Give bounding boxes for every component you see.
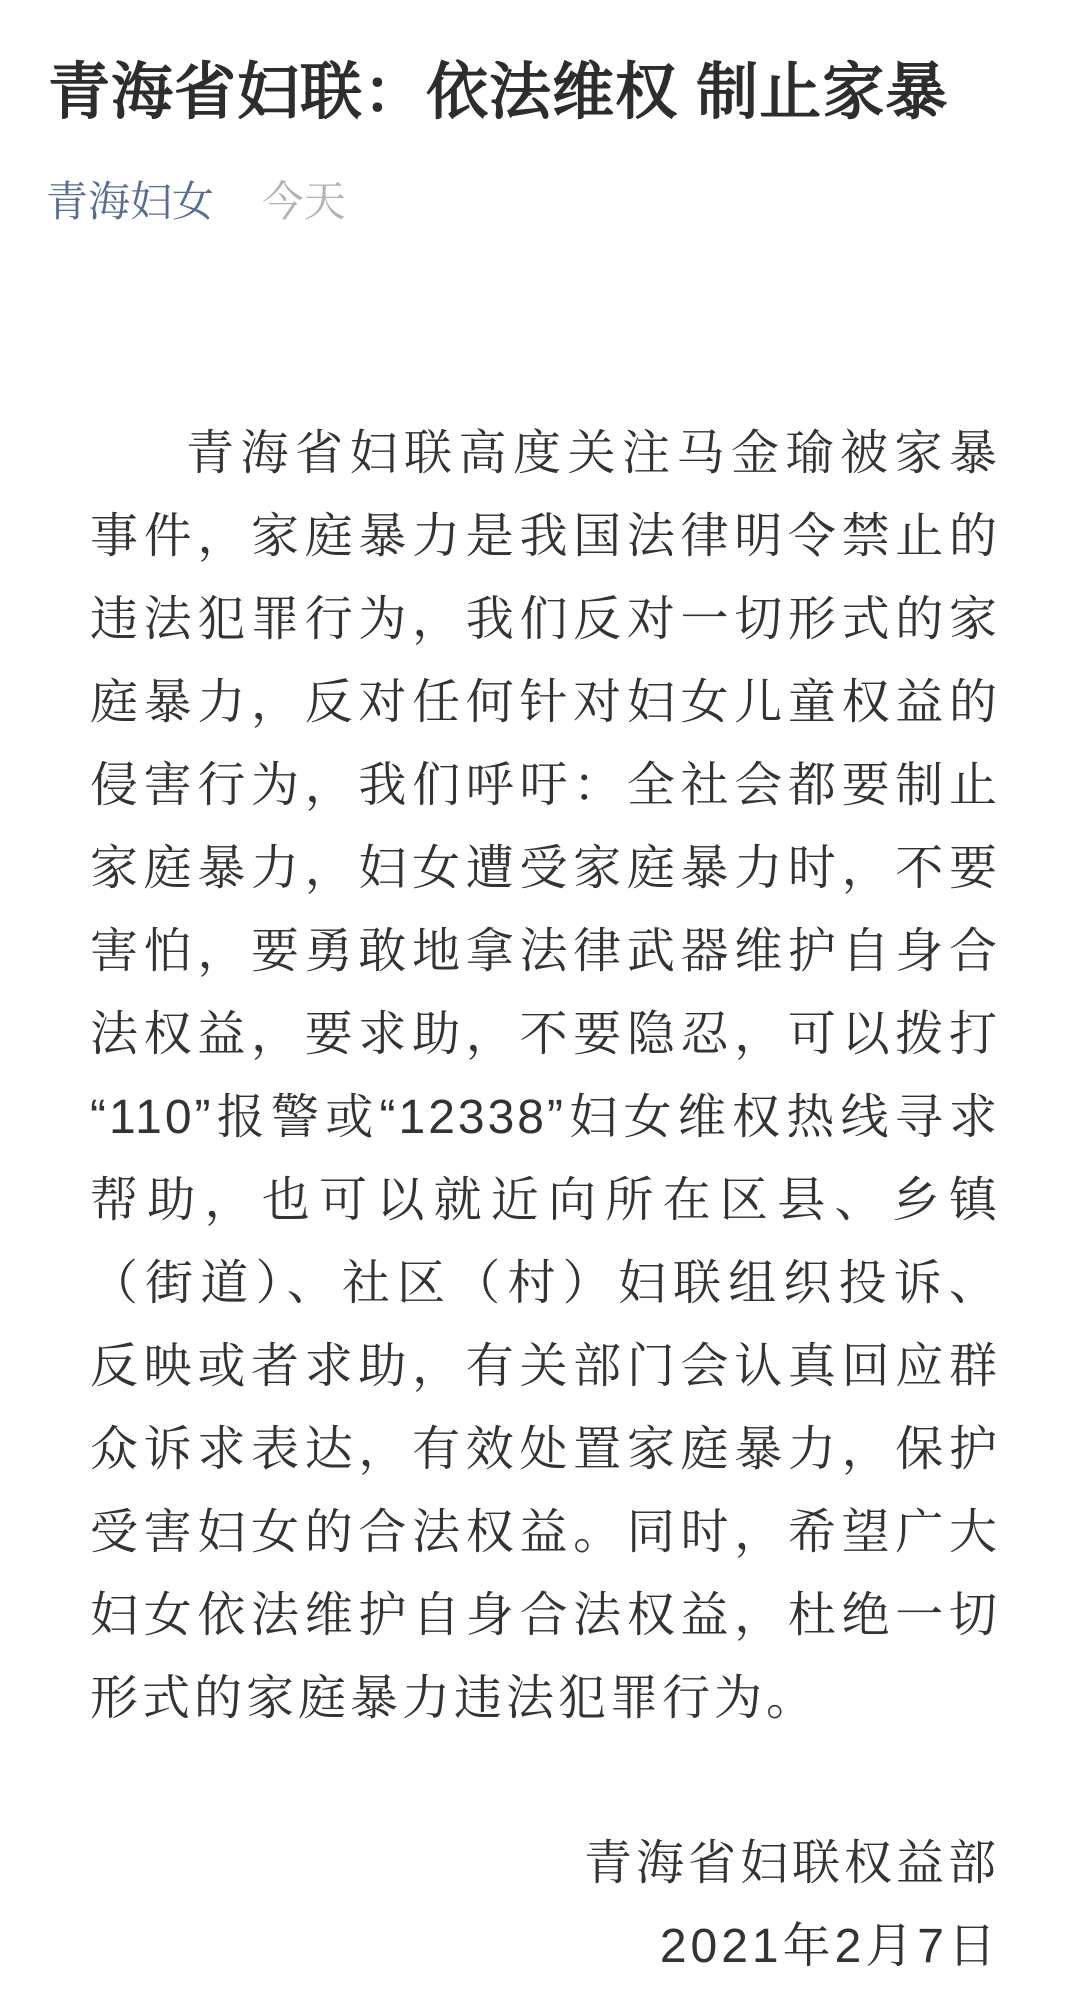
paragraph-line: 妇女依法维护自身合法权益，杜绝一切	[90, 1574, 1000, 1657]
paragraph-line: 帮助，也可以就近向所在区县、乡镇	[90, 1159, 1000, 1242]
paragraph-line: 违法犯罪行为，我们反对一切形式的家	[90, 578, 1000, 661]
paragraph-line: 侵害行为，我们呼吁：全社会都要制止	[90, 744, 1000, 827]
publish-time: 今天	[262, 178, 346, 225]
paragraph-line: 青海省妇联高度关注马金瑜被家暴	[90, 412, 1000, 495]
paragraph-line: 害怕，要勇敢地拿法律武器维护自身合	[90, 910, 1000, 993]
article-title: 青海省妇联：依法维权 制止家暴	[0, 0, 1080, 136]
paragraph-line: 反映或者求助，有关部门会认真回应群	[90, 1325, 1000, 1408]
paragraph-line: 受害妇女的合法权益。同时，希望广大	[90, 1491, 1000, 1574]
paragraph-line: 法权益，要求助，不要隐忍，可以拨打	[90, 993, 1000, 1076]
paragraph-line: 形式的家庭暴力违法犯罪行为。	[90, 1657, 1000, 1740]
paragraph-line: （街道）、社区（村）妇联组织投诉、	[90, 1242, 1000, 1325]
article-body: 青海省妇联高度关注马金瑜被家暴 事件，家庭暴力是我国法律明令禁止的 违法犯罪行为…	[90, 412, 1000, 1988]
paragraph-line: “110”报警或“12338”妇女维权热线寻求	[90, 1076, 1000, 1159]
signature-date: 2021年2月7日	[90, 1905, 1000, 1988]
byline: 青海妇女 今天	[0, 178, 1080, 226]
paragraph-line: 庭暴力，反对任何针对妇女儿童权益的	[90, 661, 1000, 744]
paragraph-line: 众诉求表达，有效处置家庭暴力，保护	[90, 1408, 1000, 1491]
signature-block: 青海省妇联权益部 2021年2月7日	[90, 1822, 1000, 1988]
paragraph-line: 事件，家庭暴力是我国法律明令禁止的	[90, 495, 1000, 578]
signature-author: 青海省妇联权益部	[90, 1822, 1000, 1905]
article-page: 青海省妇联：依法维权 制止家暴 青海妇女 今天 青海省妇联高度关注马金瑜被家暴 …	[0, 0, 1080, 2011]
account-name-link[interactable]: 青海妇女	[46, 178, 214, 225]
paragraph-line: 家庭暴力，妇女遭受家庭暴力时，不要	[90, 827, 1000, 910]
